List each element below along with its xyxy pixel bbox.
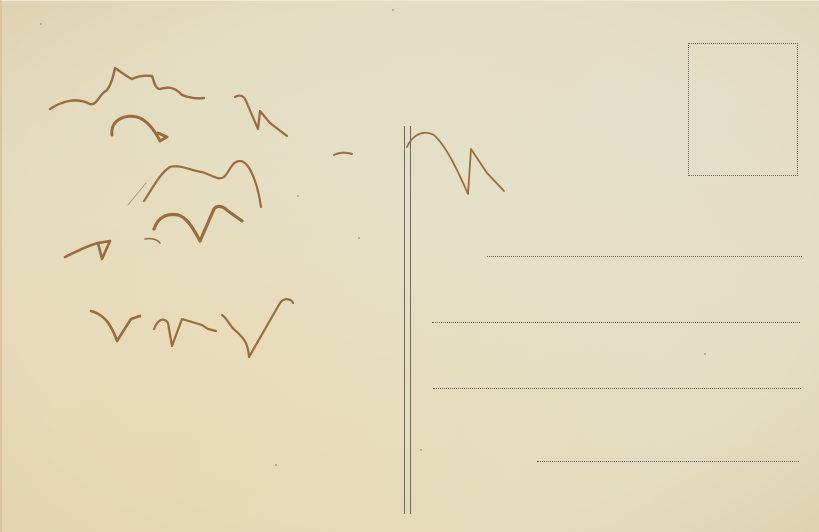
handwriting-stroke bbox=[91, 311, 140, 341]
handwriting-stroke bbox=[112, 116, 167, 141]
postcard-back: illegible handwritten message illegible … bbox=[0, 0, 819, 532]
paper-speck bbox=[392, 9, 394, 11]
paper-speck bbox=[358, 237, 360, 239]
paper-speck bbox=[420, 449, 422, 451]
handwriting-stroke bbox=[50, 68, 204, 109]
paper-speck bbox=[275, 464, 277, 466]
handwriting-stroke bbox=[65, 241, 110, 259]
paper-speck bbox=[297, 195, 299, 197]
paper-speck bbox=[704, 353, 706, 355]
handwriting-stroke bbox=[334, 153, 352, 155]
stamp-box bbox=[688, 43, 798, 176]
handwriting-stroke bbox=[144, 161, 261, 207]
address-line-3 bbox=[433, 388, 801, 389]
address-line-2 bbox=[432, 322, 800, 323]
recipient-scribble-stroke bbox=[407, 133, 504, 194]
paper-speck bbox=[40, 23, 42, 25]
handwriting-stroke bbox=[145, 239, 160, 243]
handwriting-stroke bbox=[154, 319, 216, 346]
handwriting-stroke bbox=[235, 96, 287, 136]
handwriting-stroke bbox=[222, 299, 293, 357]
address-line-4 bbox=[537, 461, 799, 462]
stamp-box-label bbox=[689, 44, 690, 45]
handwriting-stroke bbox=[154, 206, 242, 241]
center-divider bbox=[404, 126, 411, 514]
address-line-1 bbox=[487, 256, 802, 257]
